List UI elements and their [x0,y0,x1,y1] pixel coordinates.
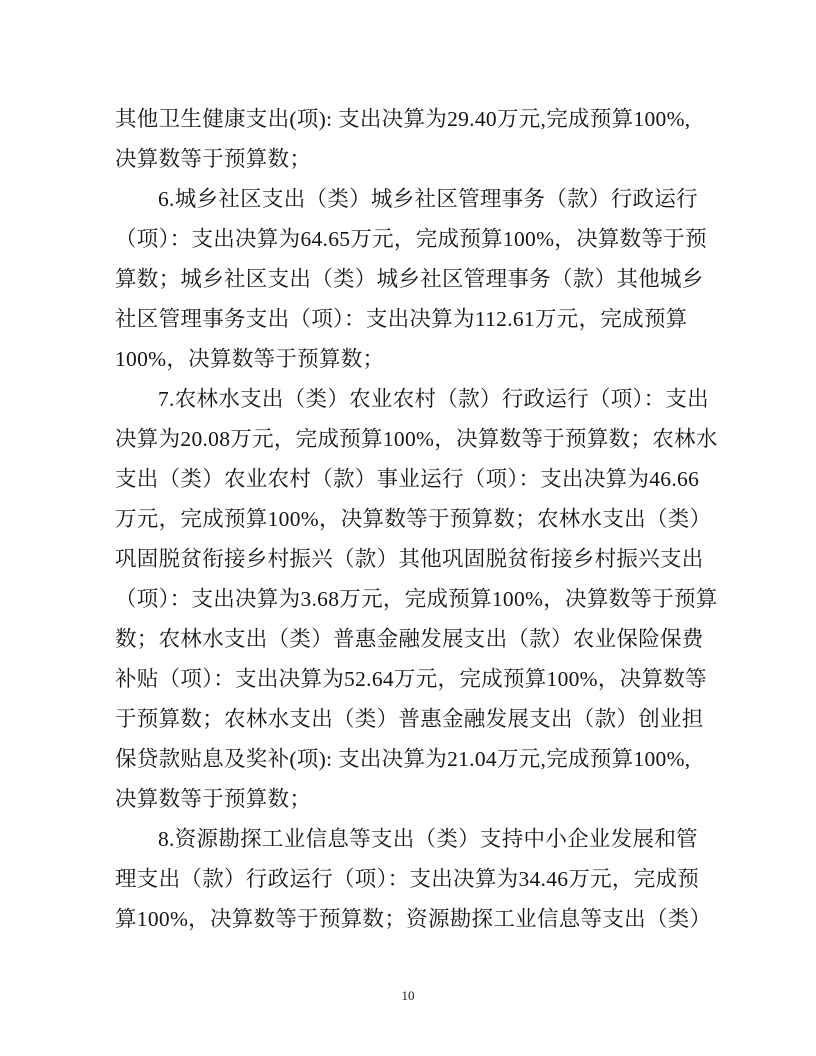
text-line: （项）：支出决算为3.68万元，完成预算100%，决算数等于预算 [115,579,703,619]
text-line: 补贴（项）：支出决算为52.64万元，完成预算100%，决算数等 [115,659,703,699]
text-line: 巩固脱贫衔接乡村振兴（款）其他巩固脱贫衔接乡村振兴支出 [115,539,703,579]
text-line: 万元，完成预算100%，决算数等于预算数；农林水支出（类） [115,499,703,539]
document-page: 其他卫生健康支出(项): 支出决算为29.40万元,完成预算100%,决算数等于… [0,0,816,1056]
text-line: 算数；城乡社区支出（类）城乡社区管理事务（款）其他城乡 [115,259,703,299]
text-line: 决算为20.08万元，完成预算100%，决算数等于预算数；农林水 [115,419,703,459]
text-line: 算100%，决算数等于预算数；资源勘探工业信息等支出（类） [115,899,703,939]
text-line: 理支出（款）行政运行（项）：支出决算为34.46万元，完成预 [115,859,703,899]
text-line: 7.农林水支出（类）农业农村（款）行政运行（项）：支出 [115,379,703,419]
text-line: 数；农林水支出（类）普惠金融发展支出（款）农业保险保费 [115,619,703,659]
text-line: 6.城乡社区支出（类）城乡社区管理事务（款）行政运行 [115,179,703,219]
text-line: 支出（类）农业农村（款）事业运行（项）：支出决算为46.66 [115,459,703,499]
text-line: 其他卫生健康支出(项): 支出决算为29.40万元,完成预算100%, [115,99,703,139]
text-line: 决算数等于预算数； [115,139,703,179]
text-line: 100%，决算数等于预算数； [115,339,703,379]
text-line: 保贷款贴息及奖补(项): 支出决算为21.04万元,完成预算100%, [115,739,703,779]
document-body: 其他卫生健康支出(项): 支出决算为29.40万元,完成预算100%,决算数等于… [115,99,703,939]
text-line: 8.资源勘探工业信息等支出（类）支持中小企业发展和管 [115,819,703,859]
text-line: （项）：支出决算为64.65万元，完成预算100%，决算数等于预 [115,219,703,259]
text-line: 决算数等于预算数； [115,779,703,819]
page-number: 10 [0,988,816,1004]
text-line: 社区管理事务支出（项）：支出决算为112.61万元，完成预算 [115,299,703,339]
text-line: 于预算数；农林水支出（类）普惠金融发展支出（款）创业担 [115,699,703,739]
